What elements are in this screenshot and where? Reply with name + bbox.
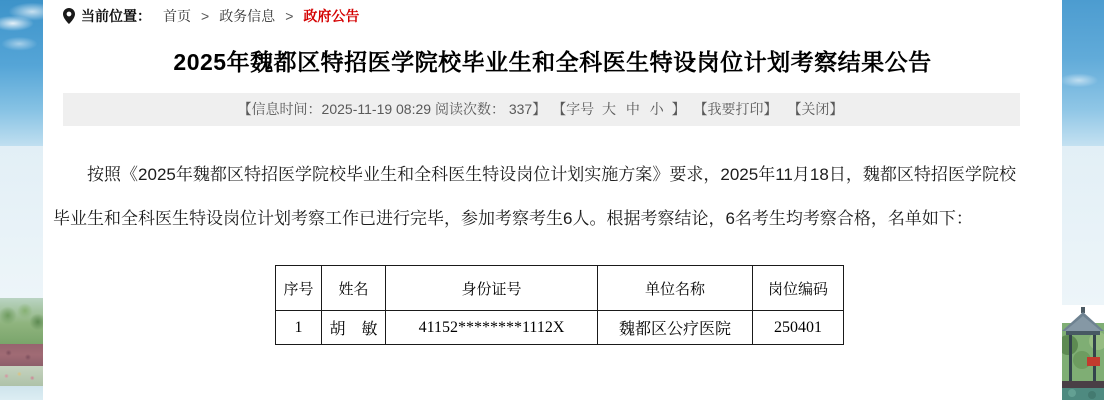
sky-clouds-image: [0, 0, 43, 146]
close-button[interactable]: 【关闭】: [787, 101, 843, 117]
table-header-unit: 单位名称: [598, 266, 753, 311]
content-panel: 当前位置： 首页 > 政务信息 > 政府公告 2025年魏都区特招医学院校毕业生…: [43, 0, 1062, 400]
left-background-photo: [0, 0, 43, 400]
cell-post-code: 250401: [753, 311, 844, 345]
font-size-medium-button[interactable]: 中: [626, 101, 640, 117]
cell-name: 胡 敏: [322, 311, 386, 345]
font-size-small-button[interactable]: 小: [650, 101, 664, 117]
print-button[interactable]: 【我要打印】: [694, 101, 778, 117]
breadcrumb: 当前位置： 首页 > 政务信息 > 政府公告: [43, 0, 1062, 27]
breadcrumb-separator: >: [201, 8, 209, 24]
meta-info-time-views: 【信息时间：2025-11-19 08:29 阅读次数： 337】: [238, 101, 547, 117]
pale-sky-image: [0, 146, 43, 298]
trees-image: [0, 298, 43, 344]
hedge-image: [0, 366, 43, 386]
pavilion-image: [1062, 305, 1104, 400]
meta-font-size-label: 【字号: [552, 101, 594, 117]
table-header-index: 序号: [276, 266, 322, 311]
walkway-image: [0, 386, 43, 400]
cell-id-number: 41152********1112X: [386, 311, 598, 345]
table-header-id-number: 身份证号: [386, 266, 598, 311]
article-paragraph: 按照《2025年魏都区特招医学院校毕业生和全科医生特设岗位计划实施方案》要求，2…: [53, 153, 1016, 241]
sky-image: [1062, 0, 1104, 146]
pale-sky-image: [1062, 146, 1104, 305]
cell-index: 1: [276, 311, 322, 345]
table-row: 1 胡 敏 41152********1112X 魏都区公疗医院 250401: [276, 311, 844, 345]
breadcrumb-current-page[interactable]: 政府公告: [303, 6, 359, 26]
meta-font-size-bracket: 】: [672, 101, 686, 117]
result-table: 序号 姓名 身份证号 单位名称 岗位编码 1 胡 敏 41152********…: [275, 265, 844, 345]
breadcrumb-label: 当前位置：: [81, 6, 151, 26]
location-pin-icon: [63, 8, 75, 24]
right-background-photo: [1062, 0, 1104, 400]
article-meta-bar: 【信息时间：2025-11-19 08:29 阅读次数： 337】 【字号 大 …: [63, 93, 1020, 126]
font-size-large-button[interactable]: 大: [602, 101, 616, 117]
table-header-row: 序号 姓名 身份证号 单位名称 岗位编码: [276, 266, 844, 311]
cell-unit: 魏都区公疗医院: [598, 311, 753, 345]
table-header-post-code: 岗位编码: [753, 266, 844, 311]
breadcrumb-separator: >: [285, 8, 293, 24]
breadcrumb-info-link[interactable]: 政务信息: [219, 6, 275, 26]
breadcrumb-home-link[interactable]: 首页: [163, 6, 191, 26]
article-title: 2025年魏都区特招医学院校毕业生和全科医生特设岗位计划考察结果公告: [73, 47, 1032, 77]
flower-band-image: [0, 344, 43, 366]
table-header-name: 姓名: [322, 266, 386, 311]
